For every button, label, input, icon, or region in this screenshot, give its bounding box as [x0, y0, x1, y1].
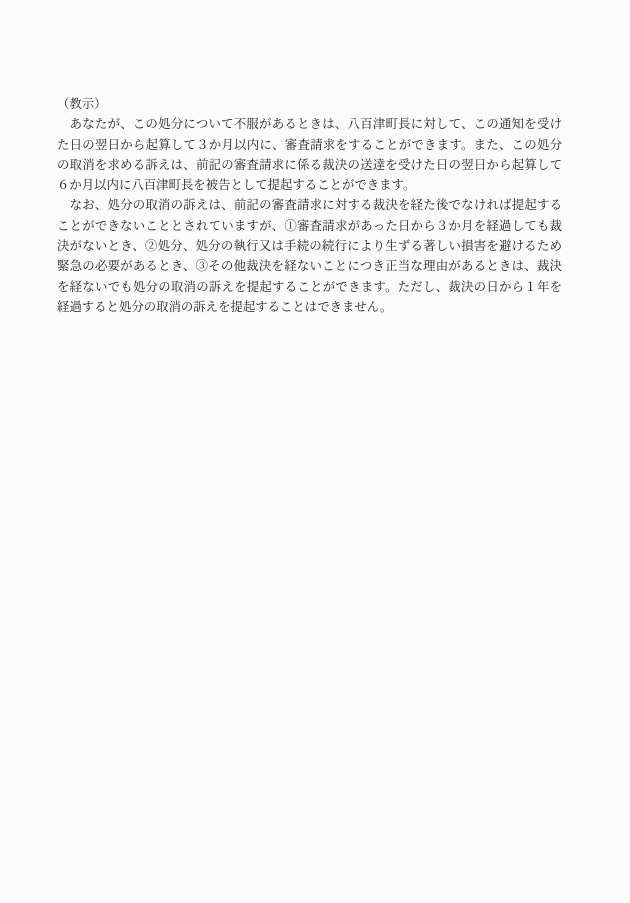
- kyoji-notice-text: （教示） あなたが、この処分について不服があるときは、八百津町長に対して、この通…: [57, 94, 562, 317]
- notice-line: あなたが、この処分について不服があるときは、八百津町長に対して、この通知を受け: [57, 114, 562, 134]
- notice-line: た日の翌日から起算して３か月以内に、審査請求をすることができます。また、この処分: [57, 135, 562, 155]
- notice-line: なお、処分の取消の訴えは、前記の審査請求に対する裁決を経た後でなければ提起する: [57, 195, 562, 215]
- notice-line: の取消を求める訴えは、前記の審査請求に係る裁決の送達を受けた日の翌日から起算して: [57, 155, 562, 175]
- notice-line: ６か月以内に八百津町長を被告として提起することができます。: [57, 175, 562, 195]
- document-page: （教示） あなたが、この処分について不服があるときは、八百津町長に対して、この通…: [0, 0, 630, 903]
- notice-heading: （教示）: [57, 94, 562, 114]
- notice-line: ことができないこととされていますが、①審査請求があった日から３か月を経過しても裁: [57, 216, 562, 236]
- notice-line: を経ないでも処分の取消の訴えを提起することができます。ただし、裁決の日から１年を: [57, 277, 562, 297]
- notice-line: 経過すると処分の取消の訴えを提起することはできません。: [57, 297, 562, 317]
- notice-line: 緊急の必要があるとき、③その他裁決を経ないことにつき正当な理由があるときは、裁決: [57, 256, 562, 276]
- notice-line: 決がないとき、②処分、処分の執行又は手続の続行により生ずる著しい損害を避けるため: [57, 236, 562, 256]
